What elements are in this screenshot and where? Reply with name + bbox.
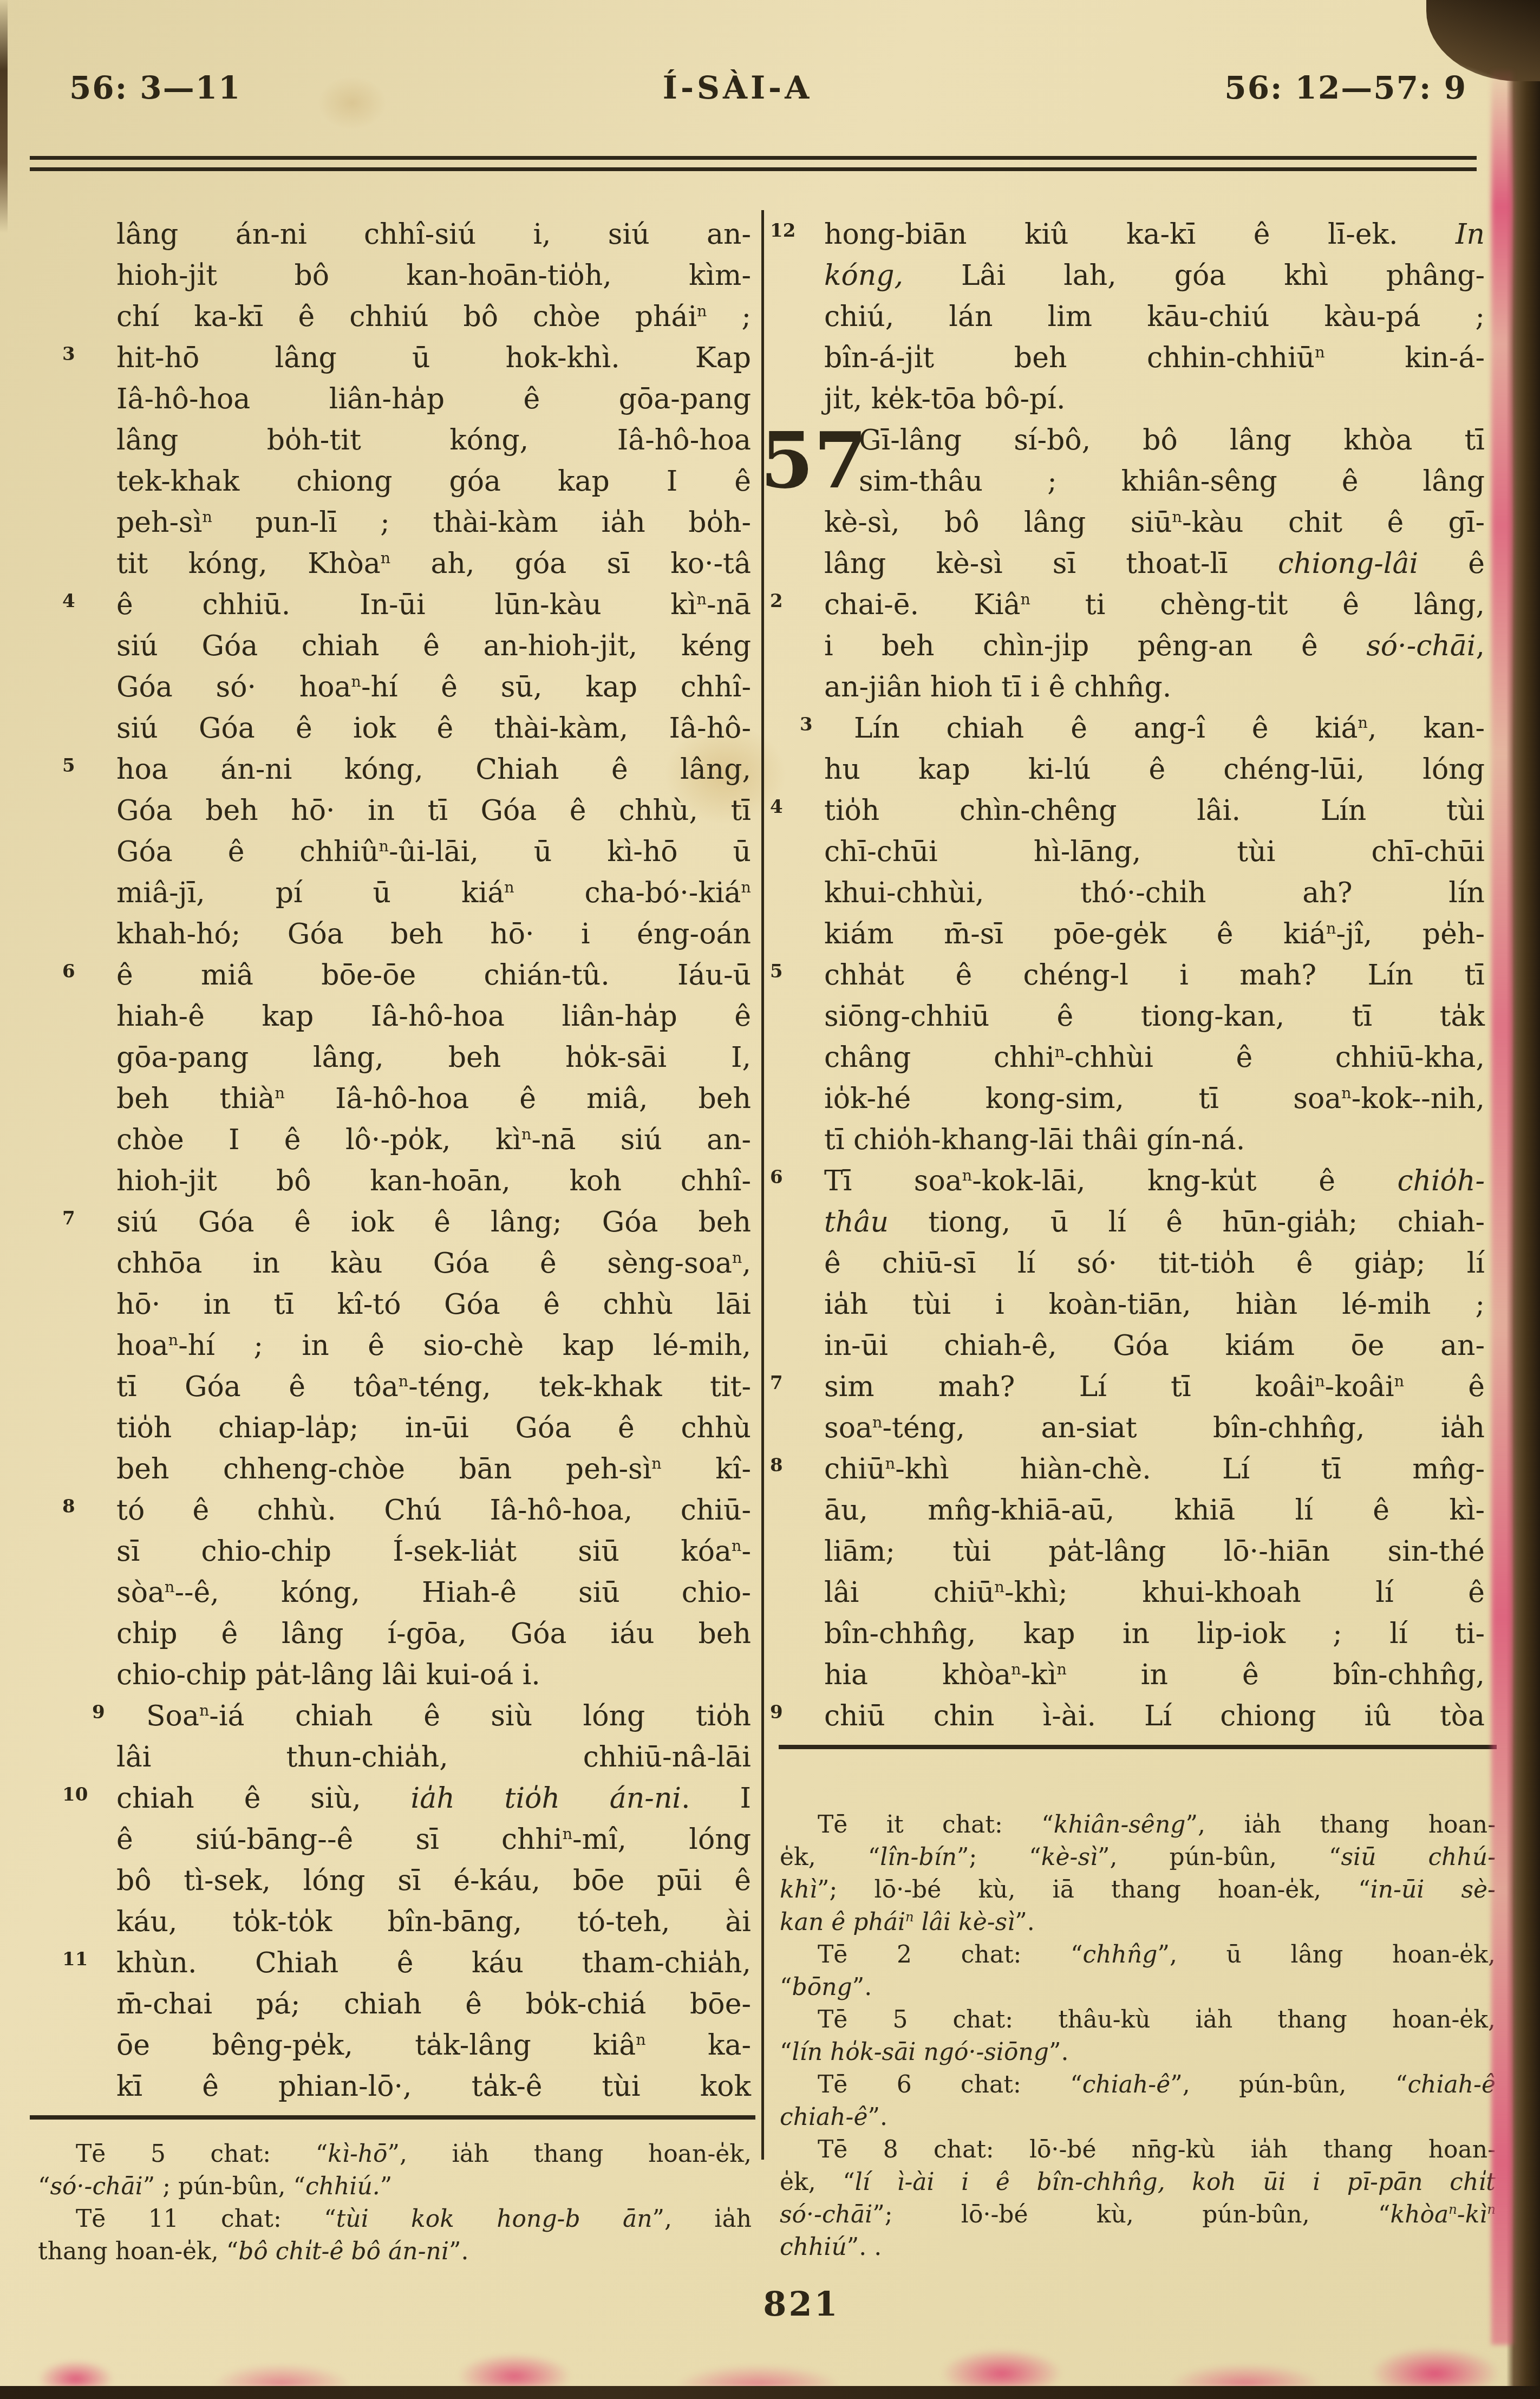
text-line: khui-chhùi, thó·-chi̍h ah? lín xyxy=(824,872,1485,914)
text-line: tó ê chhù. Chú Iâ-hô-hoa, chiū-8 xyxy=(116,1490,751,1531)
right-footnotes: Tē it chat: “khiân-sêng”, ia̍h thang hoa… xyxy=(780,1809,1496,2264)
text-line: hia khòan-kìn in ê bîn-chhn̂g, xyxy=(824,1654,1485,1696)
text-line: ōe bêng-pe̍k, ta̍k-lâng kiân ka- xyxy=(116,2025,751,2066)
text-line: i beh chìn-ji̍p pêng-an ê só·-chāi, xyxy=(824,625,1485,667)
text-line: ji̍t, ke̍k-tōa bô-pí. xyxy=(824,379,1485,420)
text-line: in-ūi chiah-ê, Góa kiám ōe an- xyxy=(824,1325,1485,1366)
text-line: chha̍t ê chéng-l i mah? Lín tī5 xyxy=(824,955,1485,996)
text-line: chòe I ê lô·-po̍k, kìn-nā siú an- xyxy=(116,1119,751,1161)
text-line: thâu tiong, ū lí ê hūn-gia̍h; chiah- xyxy=(824,1202,1485,1243)
footnote-line: só·-chāi”; lō·-bé kù, pún-bûn, “khòan-kì… xyxy=(780,2199,1496,2231)
text-line: siú Góa ê iok ê lâng; Góa beh7 xyxy=(116,1202,751,1243)
text-line: chhōa in kàu Góa ê sèng-soan, xyxy=(116,1243,751,1284)
text-line: kóng, Lâi lah, góa khì phâng- xyxy=(824,255,1485,296)
text-line: liām; tùi pa̍t-lâng lō·-hiān sin-thé xyxy=(824,1531,1485,1572)
verse-number: 11 xyxy=(62,1950,111,1968)
text-line: ê chhiū. In-ūi lūn-kàu kìn-nā4 xyxy=(116,584,751,625)
footnote-line: “só·-chāi” ; pún-bûn, “chhiú.” xyxy=(38,2170,752,2203)
verse-number: 7 xyxy=(770,1374,819,1392)
text-line: ê miâ bōe-ōe chián-tû. Iáu-ū6 xyxy=(116,955,751,996)
text-line: khùn. Chiah ê káu tham-chia̍h,11 xyxy=(116,1942,751,1984)
verse-number: 4 xyxy=(770,798,819,816)
text-line: kiám m̄-sī pōe-ge̍k ê kián-jî, pe̍h- xyxy=(824,914,1485,955)
verse-number: 5 xyxy=(770,962,819,981)
right-column: hong-biān kiû ka-kī ê lī-ek. In12kóng, L… xyxy=(824,214,1485,1737)
text-line: ê siú-bāng--ê sī chhin-mî, lóng xyxy=(116,1819,751,1860)
footnote-line: “bōng”. xyxy=(780,1971,1496,2004)
text-line: Iâ-hô-hoa liân-ha̍p ê gōa-pang xyxy=(116,379,751,420)
footnote-line: Tē 11 chat: “tùi kok hong-b ān”, ia̍h xyxy=(38,2203,752,2235)
text-line: m̄-chai pá; chiah ê bo̍k-chiá bōe- xyxy=(116,1984,751,2025)
text-line: tit kóng, Khòan ah, góa sī ko·-tâ xyxy=(116,543,751,584)
text-line: sòan--ê, kóng, Hiah-ê siū chio- xyxy=(116,1572,751,1613)
left-footnotes: Tē 5 chat: “kì-hō”, ia̍h thang hoan-e̍k,… xyxy=(38,2138,752,2268)
text-line: lâng án-ni chhî-siú i, siú an- xyxy=(116,214,751,255)
footnote-line: chiah-ê”. xyxy=(780,2101,1496,2134)
footnote-line: e̍k, “lîn-bín”; “kè-sì”, pún-bûn, “siū c… xyxy=(780,1841,1496,1874)
verse-number: 12 xyxy=(770,221,819,240)
footnote-line: thang hoan-e̍k, “bô chi̍t-ê bô án-ni”. xyxy=(38,2235,752,2268)
verse-number: 4 xyxy=(62,592,111,610)
footnote-line: Tē 6 chat: “chiah-ê”, pún-bûn, “chiah-ê xyxy=(780,2069,1496,2101)
text-line: āu, mn̂g-khiā-aū, khiā lí ê kì- xyxy=(824,1490,1485,1531)
text-line: chai-ē. Kiân ti chèng-ti̍t ê lâng,2 xyxy=(824,584,1485,625)
text-line: sim-thâu ; khiân-sêng ê lâng xyxy=(824,461,1485,502)
text-line: beh thiàn Iâ-hô-hoa ê miâ, beh xyxy=(116,1078,751,1119)
text-line: chí ka-kī ê chhiú bô chòe pháin ; xyxy=(116,296,751,337)
text-line: sim mah? Lí tī koâin-koâin ê7 xyxy=(824,1366,1485,1407)
header-double-rule xyxy=(30,156,1477,171)
verse-number: 3 xyxy=(770,715,819,734)
verse-number: 8 xyxy=(770,1456,819,1475)
footnote-line: e̍k, “lí ì-ài i ê bîn-chhn̂g, koh ūi i p… xyxy=(780,2166,1496,2199)
text-line: hoan-hí ; in ê sio-chè kap lé-mi̍h, xyxy=(116,1325,751,1366)
text-line: io̍k-hé kong-sim, tī soan-kok--nih, xyxy=(824,1078,1485,1119)
text-line: hioh-ji̍t bô kan-hoān, koh chhî- xyxy=(116,1161,751,1202)
text-line: bîn-chhn̂g, kap in li̍p-iok ; lí ti- xyxy=(824,1613,1485,1654)
footnote-line: Tē 5 chat: “kì-hō”, ia̍h thang hoan-e̍k, xyxy=(38,2138,752,2170)
verse-number: 7 xyxy=(62,1209,111,1228)
text-line: chiú, lán lim kāu-chiú kàu-pá ; xyxy=(824,296,1485,337)
text-line: tī chio̍h-khang-lāi thâi gín-ná. xyxy=(824,1119,1485,1161)
text-line: chiah ê siù, ia̍h tio̍h án-ni. I10 xyxy=(116,1778,751,1819)
text-line: chiūn-khì hiàn-chè. Lí tī mn̂g-8 xyxy=(824,1449,1485,1490)
text-line: lâng kè-sì sī thoat-lī chiong-lâi ê xyxy=(824,543,1485,584)
text-line: bîn-á-ji̍t beh chhin-chhiūn kin-á- xyxy=(824,337,1485,379)
text-line: châng chhin-chhùi ê chhiū-kha, xyxy=(824,1037,1485,1078)
text-line: hong-biān kiû ka-kī ê lī-ek. In12 xyxy=(824,214,1485,255)
text-line: ia̍h tùi i koàn-tiān, hiàn lé-mi̍h ; xyxy=(824,1284,1485,1325)
text-line: soan-téng, an-siat bîn-chhn̂g, ia̍h xyxy=(824,1407,1485,1449)
text-line: Lín chiah ê ang-î ê kián, kan-3 xyxy=(824,708,1485,749)
text-line: hoa án-ni kóng, Chiah ê lâng,5 xyxy=(116,749,751,790)
text-line: Góa ê chhiûn-ûi-lāi, ū kì-hō ū xyxy=(116,831,751,872)
verse-number: 6 xyxy=(62,962,111,981)
text-line: lâi chiūn-khì; khui-khoah lí ê xyxy=(824,1572,1485,1613)
text-line: tī Góa ê tôan-téng, tek-khak tit- xyxy=(116,1366,751,1407)
text-line: lâng bo̍h-tit kóng, Iâ-hô-hoa xyxy=(116,420,751,461)
text-line: siú Góa chiah ê an-hioh-ji̍t, kéng xyxy=(116,625,751,667)
text-line: Góa beh hō· in tī Góa ê chhù, tī xyxy=(116,790,751,831)
text-line: hioh-ji̍t bô kan-hoān-tio̍h, kìm- xyxy=(116,255,751,296)
text-line: ê chiū-sī lí só· tit-tio̍h ê gia̍p; lí xyxy=(824,1243,1485,1284)
text-line: kè-sì, bô lâng siūn-kàu chit ê gī- xyxy=(824,502,1485,543)
text-line: khah-hó; Góa beh hō· i éng-oán xyxy=(116,914,751,955)
text-line: hu kap ki-lú ê chéng-lūi, lóng xyxy=(824,749,1485,790)
text-line: chiū chin ì-ài. Lí chiong iû tòa9 xyxy=(824,1696,1485,1737)
text-line: Gī-lâng sí-bô, bô lâng khòa tī xyxy=(824,420,1485,461)
text-line: káu, to̍k-to̍k bîn-bāng, tó-teh, ài xyxy=(116,1901,751,1942)
footnote-line: Tē it chat: “khiân-sêng”, ia̍h thang hoa… xyxy=(780,1809,1496,1841)
text-line: sī chio-chi̍p Í-sek-lia̍t siū kóan- xyxy=(116,1531,751,1572)
header-verse-range-right: 56: 12—57: 9 xyxy=(1224,69,1467,106)
text-line: hō· in tī kî-tó Góa ê chhù lāi xyxy=(116,1284,751,1325)
page-edge-left xyxy=(0,0,8,233)
text-line: siōng-chhiū ê tiong-kan, tī ta̍k xyxy=(824,996,1485,1037)
footnote-line: Tē 5 chat: thâu-kù ia̍h thang hoan-e̍k, xyxy=(780,2004,1496,2036)
text-line: Tī soan-kok-lāi, kng-ku̍t ê chio̍h-6 xyxy=(824,1161,1485,1202)
text-line: miâ-jī, pí ū kián cha-bó·-kián xyxy=(116,872,751,914)
text-line: chio-chi̍p pa̍t-lâng lâi kui-oá i. xyxy=(116,1654,751,1696)
text-line: hiah-ê kap Iâ-hô-hoa liân-ha̍p ê xyxy=(116,996,751,1037)
text-line: siú Góa ê iok ê thài-kàm, Iâ-hô- xyxy=(116,708,751,749)
verse-number: 10 xyxy=(62,1785,111,1804)
text-line: tek-khak chiong góa kap I ê xyxy=(116,461,751,502)
footnote-line: “lín ho̍k-sāi ngó·-siōng”. xyxy=(780,2036,1496,2069)
text-line: Góa só· hoan-hí ê sū, kap chhî- xyxy=(116,667,751,708)
text-line: gōa-pang lâng, beh ho̍k-sāi I, xyxy=(116,1037,751,1078)
verse-number: 9 xyxy=(62,1703,111,1722)
text-line: lâi thun-chia̍h, chhiū-nâ-lāi xyxy=(116,1737,751,1778)
verse-number: 2 xyxy=(770,592,819,610)
footnote-line: chhiú”. . xyxy=(780,2231,1496,2264)
verse-number: 5 xyxy=(62,757,111,775)
text-line: Soan-iá chiah ê siù lóng tio̍h9 xyxy=(116,1696,751,1737)
text-line: beh chheng-chòe bān peh-sìn kî- xyxy=(116,1449,751,1490)
right-footnote-rule xyxy=(779,1745,1497,1749)
verse-number: 9 xyxy=(770,1703,819,1722)
footnote-line: Tē 2 chat: “chhn̂g”, ū lâng hoan-e̍k, xyxy=(780,1939,1496,1971)
text-line: tio̍h chiap-la̍p; in-ūi Góa ê chhù xyxy=(116,1407,751,1449)
text-line: hit-hō lâng ū hok-khì. Kap3 xyxy=(116,337,751,379)
footnote-line: kan ê pháin lâi kè-sì”. xyxy=(780,1906,1496,1939)
pink-edge-stain-bottom xyxy=(0,2341,1510,2387)
left-footnote-rule xyxy=(30,2115,755,2120)
verse-number: 6 xyxy=(770,1168,819,1187)
text-line: bô tì-sek, lóng sī é-káu, bōe pūi ê xyxy=(116,1860,751,1901)
text-line: peh-sìn pun-lī ; thài-kàm ia̍h bo̍h- xyxy=(116,502,751,543)
book-page: 56: 3—11 Í-SÀI-A 56: 12—57: 9 57 lâng án… xyxy=(0,0,1540,2399)
verse-number: 8 xyxy=(62,1497,111,1516)
text-line: tio̍h chìn-chêng lâi. Lín tùi4 xyxy=(824,790,1485,831)
left-column: lâng án-ni chhî-siú i, siú an-hioh-ji̍t … xyxy=(116,214,751,2107)
pink-edge-stain-right xyxy=(1491,70,1513,2345)
book-edge-bottom xyxy=(0,2386,1540,2399)
text-line: kī ê phian-lō·, ta̍k-ê tùi kok xyxy=(116,2066,751,2107)
text-line: chi̍p ê lâng í-gōa, Góa iáu beh xyxy=(116,1613,751,1654)
page-number: 821 xyxy=(720,2284,883,2324)
text-line: chī-chūi hì-lāng, tùi chī-chūi xyxy=(824,831,1485,872)
footnote-line: khì”; lō·-bé kù, iā thang hoan-e̍k, “in-… xyxy=(780,1874,1496,1906)
text-line: an-jiân hioh tī i ê chhn̂g. xyxy=(824,667,1485,708)
verse-number: 3 xyxy=(62,345,111,363)
footnote-line: Tē 8 chat: lō·-bé nn̄g-kù ia̍h thang hoa… xyxy=(780,2134,1496,2166)
